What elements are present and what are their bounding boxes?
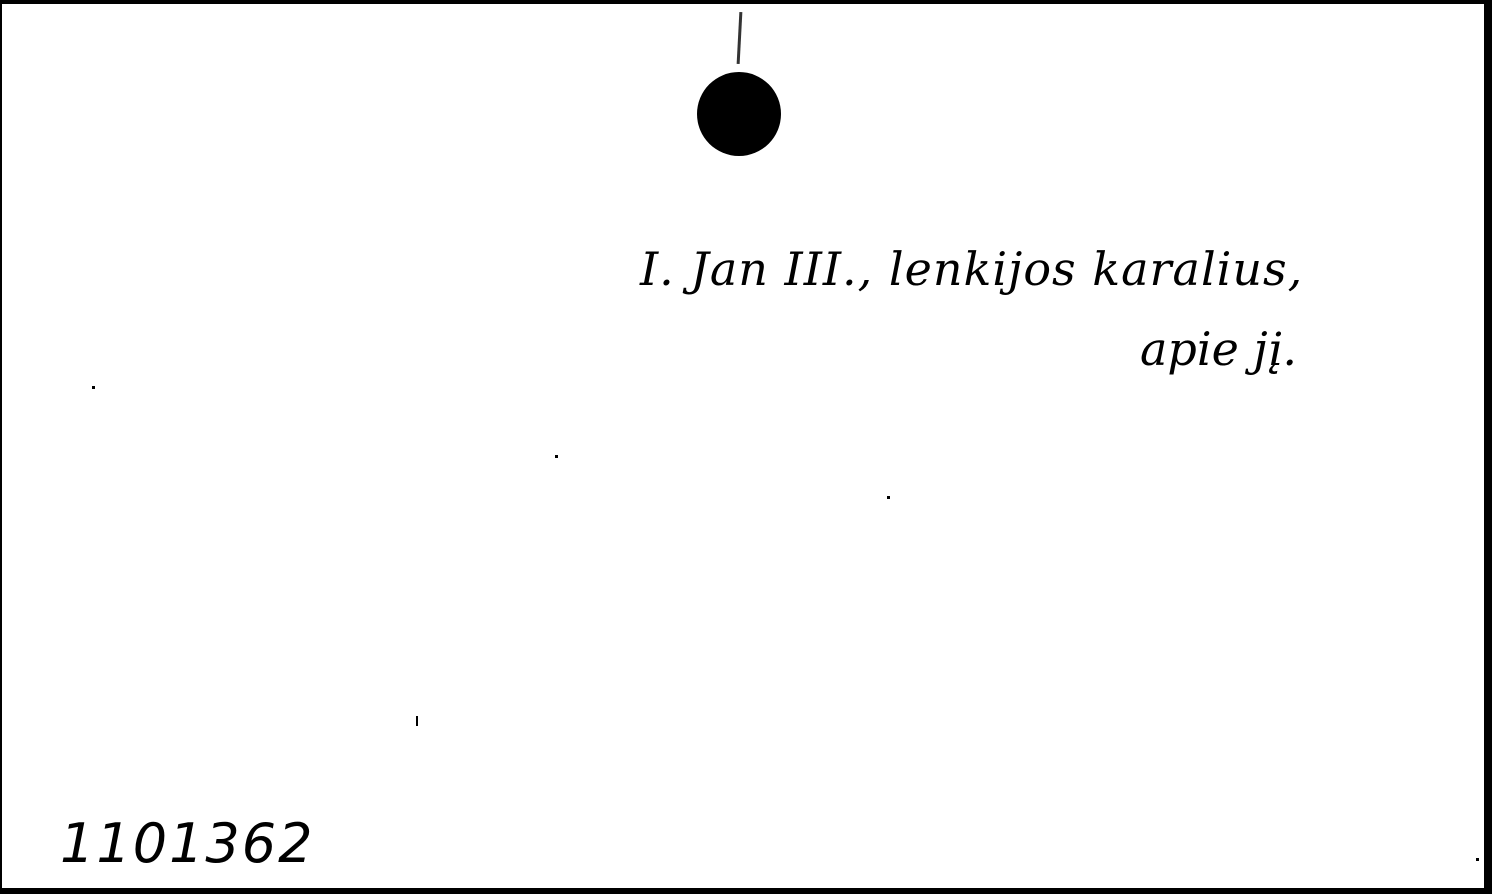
card-heading: I. Jan III., lenkijos karalius, — [640, 242, 1303, 296]
card-bottom-edge — [0, 888, 1492, 894]
speck — [92, 386, 95, 389]
speck — [1476, 858, 1479, 861]
speck — [416, 716, 418, 726]
card-subheading: apie jį. — [1140, 322, 1297, 376]
catalog-card: I. Jan III., lenkijos karalius, apie jį.… — [2, 4, 1487, 891]
speck — [555, 455, 558, 458]
catalog-number: 1101362 — [60, 812, 315, 875]
punch-mark — [737, 12, 743, 64]
punch-hole — [697, 72, 781, 156]
speck — [887, 496, 890, 499]
